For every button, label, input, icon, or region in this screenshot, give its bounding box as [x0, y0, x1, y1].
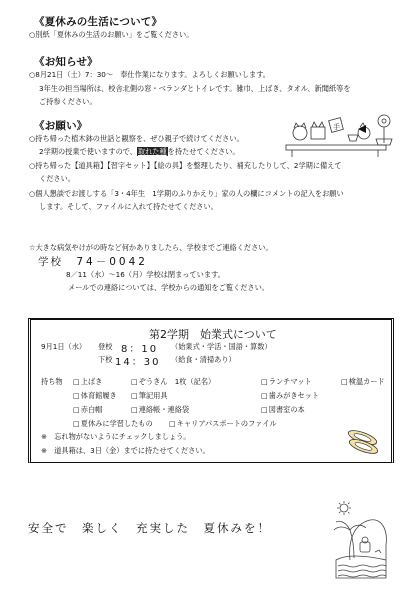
- text-school-closed: 8／11（水）～16（月）学校は閉まっています。: [66, 270, 225, 279]
- cats-flowerpots-illustration: 手: [278, 107, 398, 159]
- text-notice-line1: ○8月21日（土）7：30～ 奉仕作業になります。よろしくお願いします。: [29, 70, 270, 79]
- ceremony-date: 9月1日（水）: [41, 342, 86, 351]
- text-request-line2: 2学期の授業で使いますので、取れた種を持たせてください。: [39, 147, 240, 156]
- text-life-line1: ○別紙「夏休みの生活のお願い」をご覧ください。: [29, 30, 193, 39]
- item-checkbox[interactable]: 夏休みに学習したもの: [73, 419, 153, 428]
- item-checkbox[interactable]: 筆記用具: [131, 391, 168, 400]
- text-request-line3: ○持ち帰った【道具箱】【習字セット】【絵の具】を整理したり、補充したりして、2学…: [29, 161, 342, 170]
- text-notice-line2: 3年生の担当場所は、校舎北側の窓・ベランダとトイレです。雑巾、上ばき、タオル、新…: [39, 84, 351, 93]
- slogan: 安全で 楽しく 充実した 夏休みを！: [28, 520, 271, 536]
- island-palm-tree-illustration: [330, 500, 392, 582]
- text-request-line5: ○個人懇談でお渡しする「3・4年生 1学期のふりかえり」家の人の欄にコメントの記…: [29, 189, 344, 198]
- ceremony-info-box: 第2学期 始業式について 9月1日（水） 登校 8：10 （始業式・学活・国語・…: [28, 318, 394, 463]
- note-toolbox: ※ 道具箱は、3日（金）までに持たせてください。: [41, 446, 210, 455]
- school-phone-row: 学校 74－0042: [38, 254, 148, 269]
- item-checkbox[interactable]: ランチマット: [261, 377, 312, 386]
- text-mail-notice: メールでの連絡については、学校からの通知をご覧ください。: [68, 283, 269, 292]
- item-checkbox[interactable]: 歯みがきセット: [261, 391, 319, 400]
- item-checkbox[interactable]: 連絡帳・連絡袋: [131, 405, 189, 414]
- item-checkbox[interactable]: キャリアパスポートのファイル: [169, 419, 277, 428]
- item-checkbox[interactable]: 検温カード: [341, 377, 385, 386]
- heading-notice: 《お知らせ》: [34, 54, 98, 69]
- leave-time: 14：30: [115, 353, 160, 368]
- arrive-label: 登校: [98, 342, 112, 351]
- item-checkbox[interactable]: 上ばき: [73, 377, 102, 386]
- item-checkbox[interactable]: ぞうきん 1枚（記名）: [131, 377, 215, 386]
- ceremony-title: 第2学期 始業式について: [149, 326, 277, 342]
- leave-label: 下校: [98, 355, 112, 364]
- leave-note: （給食・清掃あり）: [171, 355, 236, 364]
- text-request-line2-post: を持たせてください。: [168, 147, 240, 156]
- heading-summer-life: 《夏休みの生活について》: [34, 14, 162, 29]
- text-request-line4: ください。: [39, 174, 75, 183]
- text-contact-line1: ☆大きな病気やけがの時など何かありましたら、学校までご連絡ください。: [29, 243, 273, 252]
- item-checkbox[interactable]: 図書室の本: [261, 405, 305, 414]
- text-request-line1: ○持ち帰った植木鉢の世話と観察を、ぜひ親子で続けてください。: [29, 134, 244, 143]
- item-checkbox[interactable]: 赤白帽: [73, 405, 102, 414]
- text-request-line6: します。そして、ファイルに入れて持たせてください。: [39, 202, 218, 211]
- school-label: 学校: [38, 256, 63, 268]
- text-request-line2-pre: 2学期の授業で使いますので、: [39, 147, 137, 156]
- item-checkbox[interactable]: 体育館履き: [73, 391, 117, 400]
- heading-request: 《お願い》: [34, 118, 88, 133]
- text-notice-line3: ご持参ください。: [39, 97, 97, 106]
- school-phone: 74－0042: [76, 256, 148, 268]
- svg-text:手: 手: [333, 122, 340, 131]
- items-label: 持ち物: [41, 377, 63, 386]
- highlight-seeds: 取れた種: [137, 147, 168, 156]
- arrive-note: （始業式・学活・国語・算数）: [171, 342, 272, 351]
- indoor-shoes-icon: [343, 428, 383, 456]
- note-forget: ※ 忘れ物がないようにチェックしましょう。: [41, 432, 191, 441]
